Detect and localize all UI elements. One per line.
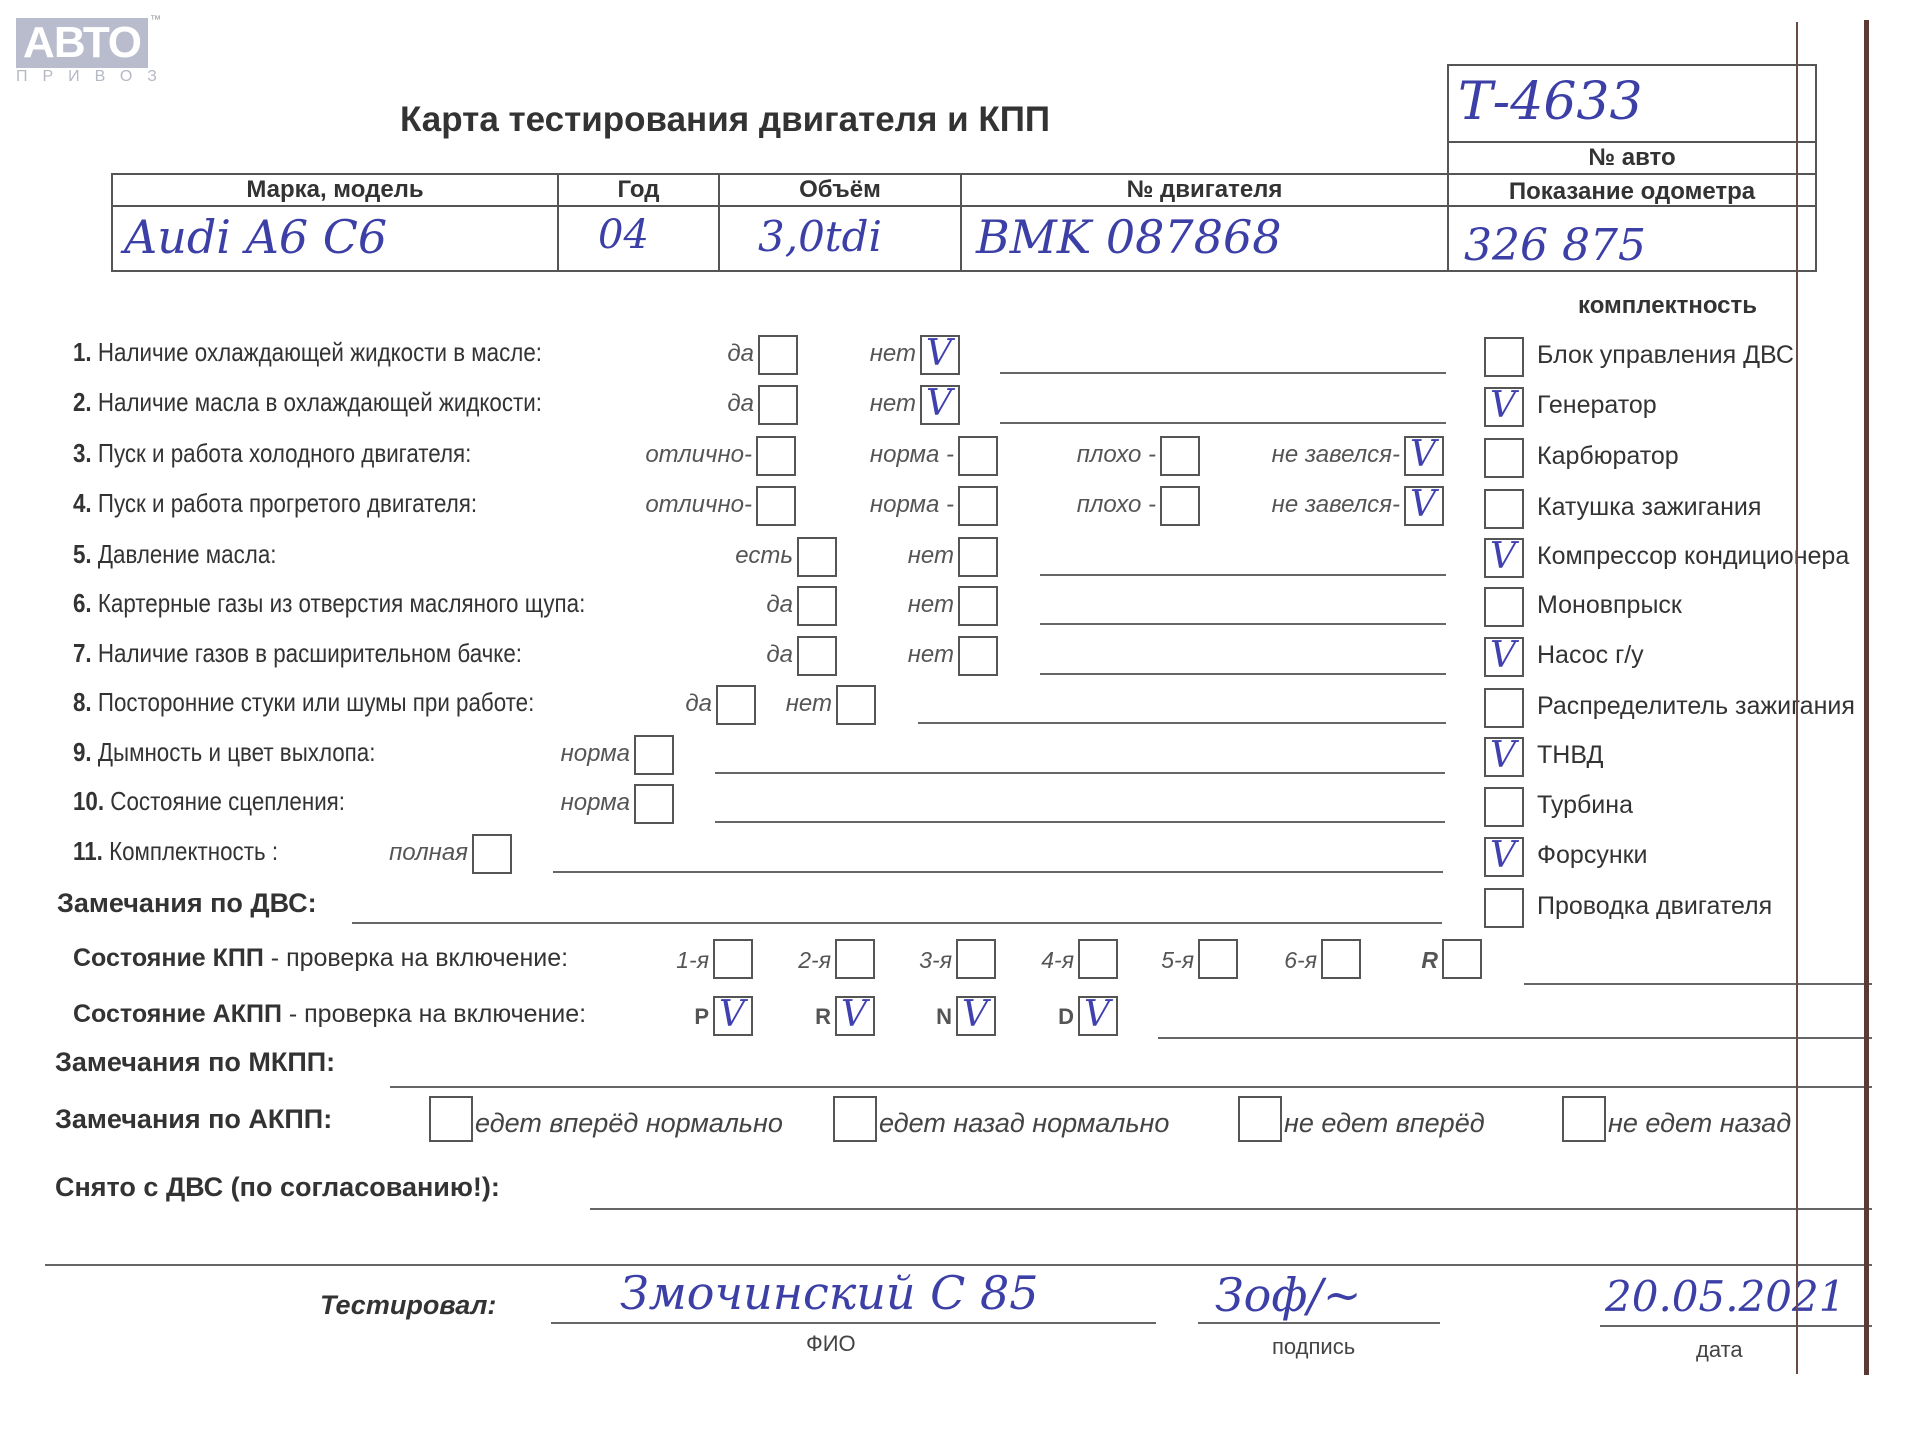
page-title: Карта тестирования двигателя и КПП xyxy=(400,100,1050,140)
completeness-item-label: Моновпрыск xyxy=(1537,591,1682,620)
auto-gear-checkbox-3[interactable]: V xyxy=(956,996,996,1036)
check-mark-icon: V xyxy=(926,381,952,427)
question-text: Давление масла: xyxy=(98,539,277,569)
notes-line-q7[interactable] xyxy=(1040,673,1446,675)
checkbox-q6-2[interactable] xyxy=(958,586,998,626)
auto-remark-checkbox-2[interactable] xyxy=(833,1096,877,1142)
header-make-model: Марка, модель xyxy=(113,176,557,204)
removed-label: Снято с ДВС (по согласованию!): xyxy=(55,1172,500,1203)
completeness-item-label: Блок управления ДВС xyxy=(1537,341,1794,370)
check-mark-icon: V xyxy=(1490,733,1516,779)
manual-gear-checkbox-6[interactable] xyxy=(1321,939,1361,979)
option-label: нет xyxy=(778,591,954,619)
completeness-checkbox-7[interactable]: V xyxy=(1484,637,1524,677)
option-label: нет xyxy=(740,340,916,368)
option-label: плохо - xyxy=(980,491,1156,519)
question-number: 3. xyxy=(73,438,98,468)
completeness-checkbox-8[interactable] xyxy=(1484,688,1524,728)
completeness-checkbox-11[interactable]: V xyxy=(1484,837,1524,877)
gear-label: 4-я xyxy=(998,947,1074,974)
checkbox-q9-1[interactable] xyxy=(634,735,674,775)
option-label: нет xyxy=(740,390,916,418)
question-row-3: 3. Пуск и работа холодного двигателя: xyxy=(73,438,471,469)
engine-number-value[interactable]: BMK 087868 xyxy=(976,210,1282,264)
completeness-checkbox-2[interactable]: V xyxy=(1484,387,1524,427)
manual-gear-checkbox-7[interactable] xyxy=(1442,939,1482,979)
edge-line-thick xyxy=(1864,20,1869,1375)
gear-label: R xyxy=(1362,947,1438,974)
logo-subtitle: ПРИВОЗ xyxy=(16,68,172,86)
auto-remark-label: не едет вперёд xyxy=(1284,1108,1485,1139)
divider xyxy=(1815,64,1817,272)
gear-label: 3-я xyxy=(876,947,952,974)
auto-gear-label: P xyxy=(653,1004,709,1030)
option-label: да xyxy=(578,340,754,368)
checkbox-q10-1[interactable] xyxy=(634,784,674,824)
completeness-checkbox-12[interactable] xyxy=(1484,888,1524,928)
logo-trademark: ™ xyxy=(150,14,161,26)
remarks-engine-label: Замечания по ДВС: xyxy=(57,888,317,919)
remarks-engine-input[interactable] xyxy=(352,922,1442,924)
notes-line-q9[interactable] xyxy=(715,772,1445,774)
completeness-item-label: Проводка двигателя xyxy=(1537,892,1772,921)
checkbox-q8-2[interactable] xyxy=(836,685,876,725)
divider xyxy=(111,173,1817,175)
auto-gearbox-notes[interactable] xyxy=(1158,1037,1872,1039)
option-label: полная xyxy=(292,839,468,867)
auto-remark-checkbox-3[interactable] xyxy=(1238,1096,1282,1142)
check-mark-icon: V xyxy=(1490,633,1516,679)
header-volume: Объём xyxy=(720,176,960,204)
option-label: нет xyxy=(778,641,954,669)
checkbox-q7-2[interactable] xyxy=(958,636,998,676)
question-row-8: 8. Посторонние стуки или шумы при работе… xyxy=(73,687,534,718)
auto-gear-checkbox-1[interactable]: V xyxy=(713,996,753,1036)
question-text: Пуск и работа холодного двигателя: xyxy=(98,438,471,468)
completeness-item-label: Насос г/у xyxy=(1537,641,1644,670)
question-number: 11. xyxy=(73,836,109,866)
signature-value[interactable]: Зоф/~ xyxy=(1215,1268,1361,1322)
tester-name[interactable]: Змочинский С 85 xyxy=(620,1266,1039,1320)
option-label: плохо - xyxy=(980,441,1156,469)
question-row-1: 1. Наличие охлаждающей жидкости в масле: xyxy=(73,337,542,368)
odometer-value[interactable]: 326 875 xyxy=(1464,220,1646,271)
header-year: Год xyxy=(559,176,718,204)
checkbox-q1-2[interactable]: V xyxy=(920,335,960,375)
question-row-9: 9. Дымность и цвет выхлопа: xyxy=(73,737,375,768)
volume-value[interactable]: 3,0tdi xyxy=(758,212,882,261)
manual-gear-checkbox-4[interactable] xyxy=(1078,939,1118,979)
option-label: не завелся- xyxy=(1224,491,1400,519)
auto-gear-label: R xyxy=(775,1004,831,1030)
checkbox-q3-4[interactable]: V xyxy=(1404,436,1444,476)
question-text: Состояние сцепления: xyxy=(110,786,345,816)
gear-label: 6-я xyxy=(1241,947,1317,974)
auto-remark-label: едет назад нормально xyxy=(879,1108,1169,1139)
name-caption: ФИО xyxy=(806,1331,856,1357)
manual-gear-checkbox-1[interactable] xyxy=(713,939,753,979)
completeness-checkbox-10[interactable] xyxy=(1484,787,1524,827)
date-line xyxy=(1600,1325,1872,1327)
check-mark-icon: V xyxy=(1490,833,1516,879)
check-mark-icon: V xyxy=(1410,432,1436,478)
completeness-title: комплектность xyxy=(1578,292,1757,320)
auto-remark-checkbox-1[interactable] xyxy=(429,1096,473,1142)
auto-remark-label: едет вперёд нормально xyxy=(475,1108,783,1139)
notes-line-q2[interactable] xyxy=(1000,422,1446,424)
question-number: 7. xyxy=(73,638,98,668)
question-number: 8. xyxy=(73,687,98,717)
manual-gearbox-notes[interactable] xyxy=(1524,983,1872,985)
option-label: да xyxy=(578,390,754,418)
option-label: не завелся- xyxy=(1224,441,1400,469)
check-mark-icon: V xyxy=(1490,383,1516,429)
check-mark-icon: V xyxy=(1490,534,1516,580)
signature-caption: подпись xyxy=(1272,1334,1355,1360)
remarks-manual-label: Замечания по МКПП: xyxy=(55,1047,335,1078)
question-row-11: 11. Комплектность : xyxy=(73,836,278,867)
auto-gear-label: D xyxy=(1018,1004,1074,1030)
question-number: 1. xyxy=(73,337,98,367)
date-caption: дата xyxy=(1696,1337,1743,1363)
option-label: отлично- xyxy=(576,441,752,469)
completeness-checkbox-5[interactable]: V xyxy=(1484,538,1524,578)
question-row-5: 5. Давление масла: xyxy=(73,539,276,570)
logo: АВТО xyxy=(16,18,148,68)
option-label: норма xyxy=(454,740,630,768)
question-row-2: 2. Наличие масла в охлаждающей жидкости: xyxy=(73,387,542,418)
check-mark-icon: V xyxy=(1410,482,1436,528)
checkbox-q4-4[interactable]: V xyxy=(1404,486,1444,526)
auto-remark-checkbox-4[interactable] xyxy=(1562,1096,1606,1142)
make-model-value[interactable]: Audi A6 C6 xyxy=(124,210,387,264)
signature-line xyxy=(1198,1322,1440,1324)
auto-gear-checkbox-4[interactable]: V xyxy=(1078,996,1118,1036)
option-label: нет xyxy=(778,542,954,570)
completeness-checkbox-3[interactable] xyxy=(1484,438,1524,478)
gear-label: 5-я xyxy=(1118,947,1194,974)
completeness-checkbox-6[interactable] xyxy=(1484,587,1524,627)
car-number-label: № авто xyxy=(1449,144,1815,172)
question-row-7: 7. Наличие газов в расширительном бачке: xyxy=(73,638,522,669)
header-engine-number: № двигателя xyxy=(962,176,1447,204)
option-label: есть xyxy=(617,542,793,570)
auto-gear-checkbox-2[interactable]: V xyxy=(835,996,875,1036)
question-number: 2. xyxy=(73,387,98,417)
auto-gear-label: N xyxy=(896,1004,952,1030)
remarks-auto-label: Замечания по АКПП: xyxy=(55,1104,332,1135)
completeness-item-label: Форсунки xyxy=(1537,841,1648,870)
manual-gear-checkbox-5[interactable] xyxy=(1198,939,1238,979)
option-label: да xyxy=(617,591,793,619)
checkbox-q5-2[interactable] xyxy=(958,537,998,577)
question-text: Дымность и цвет выхлопа: xyxy=(98,737,376,767)
year-value[interactable]: 04 xyxy=(598,212,649,258)
check-mark-icon: V xyxy=(926,331,952,377)
divider xyxy=(1447,141,1817,143)
manual-gearbox-label: Состояние КПП - проверка на включение: xyxy=(73,944,568,973)
option-label: норма - xyxy=(778,491,954,519)
completeness-checkbox-4[interactable] xyxy=(1484,489,1524,529)
completeness-item-label: Компрессор кондиционера xyxy=(1537,542,1849,571)
notes-line-q5[interactable] xyxy=(1040,574,1446,576)
gear-label: 1-я xyxy=(633,947,709,974)
question-text: Наличие газов в расширительном бачке: xyxy=(98,638,522,668)
notes-line-q1[interactable] xyxy=(1000,372,1446,374)
date-value[interactable]: 20.05.2021 xyxy=(1605,1272,1845,1321)
notes-line-q10[interactable] xyxy=(715,821,1445,823)
completeness-item-label: Карбюратор xyxy=(1537,442,1679,471)
divider xyxy=(1447,64,1817,66)
question-row-4: 4. Пуск и работа прогретого двигателя: xyxy=(73,488,477,519)
notes-line-q8[interactable] xyxy=(918,722,1446,724)
option-label: норма - xyxy=(778,441,954,469)
header-odometer: Показание одометра xyxy=(1449,178,1815,206)
manual-gear-checkbox-3[interactable] xyxy=(956,939,996,979)
completeness-item-label: Генератор xyxy=(1537,391,1657,420)
edge-line xyxy=(1796,22,1798,1374)
option-label: нет xyxy=(656,690,832,718)
completeness-item-label: Катушка зажигания xyxy=(1537,493,1761,522)
option-label: норма xyxy=(454,789,630,817)
checkbox-q2-2[interactable]: V xyxy=(920,385,960,425)
question-text: Картерные газы из отверстия масляного щу… xyxy=(98,588,585,618)
completeness-item-label: Распределитель зажигания xyxy=(1537,692,1855,721)
checkbox-q11-1[interactable] xyxy=(472,834,512,874)
question-text: Наличие масла в охлаждающей жидкости: xyxy=(98,387,542,417)
question-number: 6. xyxy=(73,588,98,618)
notes-line-q11[interactable] xyxy=(553,871,1443,873)
option-label: отлично- xyxy=(576,491,752,519)
check-mark-icon: V xyxy=(962,992,988,1038)
notes-line-q6[interactable] xyxy=(1040,623,1446,625)
completeness-item-label: Турбина xyxy=(1537,791,1633,820)
question-text: Наличие охлаждающей жидкости в масле: xyxy=(98,337,542,367)
completeness-checkbox-1[interactable] xyxy=(1484,337,1524,377)
check-mark-icon: V xyxy=(1084,992,1110,1038)
check-mark-icon: V xyxy=(719,992,745,1038)
manual-gear-checkbox-2[interactable] xyxy=(835,939,875,979)
gear-label: 2-я xyxy=(755,947,831,974)
completeness-item-label: ТНВД xyxy=(1537,741,1603,770)
removed-input[interactable] xyxy=(590,1208,1872,1210)
question-number: 10. xyxy=(73,786,110,816)
checkbox-q4-3[interactable] xyxy=(1160,486,1200,526)
question-text: Посторонние стуки или шумы при работе: xyxy=(98,687,534,717)
question-number: 9. xyxy=(73,737,98,767)
checkbox-q3-3[interactable] xyxy=(1160,436,1200,476)
question-number: 5. xyxy=(73,539,98,569)
auto-gearbox-label: Состояние АКПП - проверка на включение: xyxy=(73,1000,586,1029)
question-text: Комплектность : xyxy=(109,836,278,866)
completeness-checkbox-9[interactable]: V xyxy=(1484,737,1524,777)
question-row-6: 6. Картерные газы из отверстия масляного… xyxy=(73,588,585,619)
check-mark-icon: V xyxy=(841,992,867,1038)
option-label: да xyxy=(617,641,793,669)
tested-by-label: Тестировал: xyxy=(320,1290,496,1321)
name-line xyxy=(551,1322,1156,1324)
remarks-manual-input[interactable] xyxy=(390,1086,1872,1088)
car-number-value[interactable]: Т-4633 xyxy=(1458,72,1643,132)
question-text: Пуск и работа прогретого двигателя: xyxy=(98,488,477,518)
auto-remark-label: не едет назад xyxy=(1608,1108,1791,1139)
question-number: 4. xyxy=(73,488,98,518)
question-row-10: 10. Состояние сцепления: xyxy=(73,786,345,817)
